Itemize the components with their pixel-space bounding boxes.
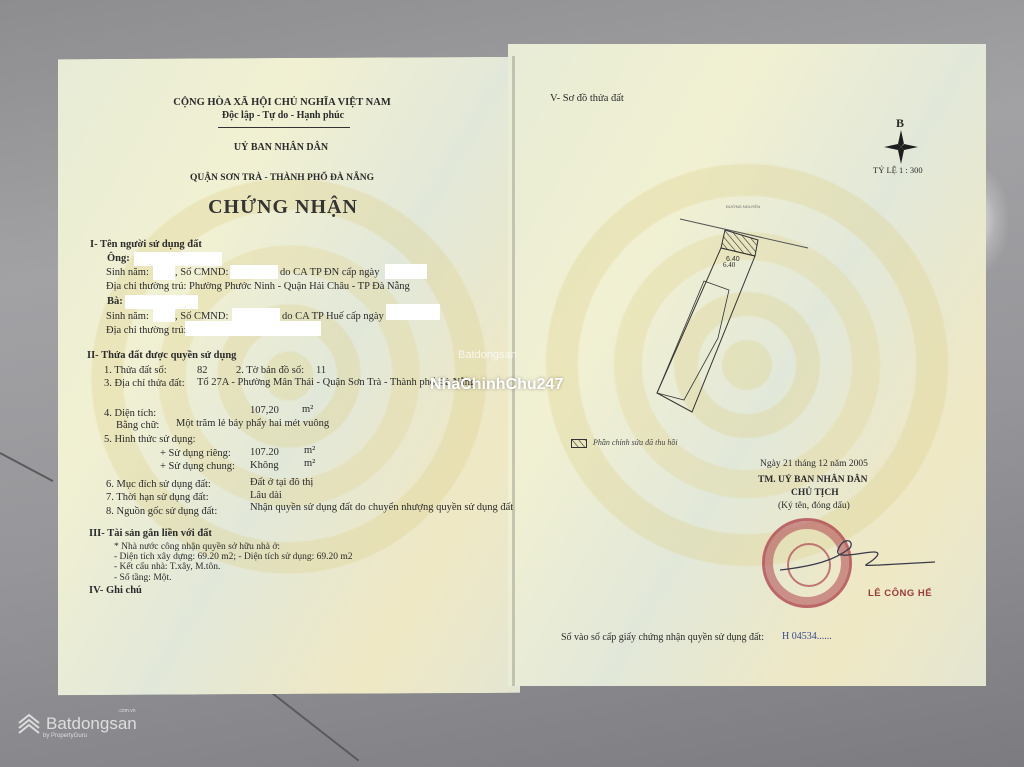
section1-heading: I- Tên người sử dụng đất [90, 239, 202, 250]
parcel-address-label: 3. Địa chỉ thửa đất: [104, 378, 185, 389]
owner-mrs-label: Bà: [107, 296, 123, 307]
owner-mr-birth-label: Sinh năm: [106, 267, 149, 278]
signer-name: LÊ CÔNG HẾ [868, 588, 932, 599]
brand-tag: .com.vn [118, 708, 136, 714]
signer-organization: TM. UỶ BAN NHÂN DÂN [758, 475, 868, 485]
signer-title: CHỦ TỊCH [791, 488, 839, 498]
redacted-owner-name [134, 252, 222, 266]
origin-value: Nhận quyền sử dụng đất do chuyển nhượng … [250, 502, 513, 513]
owner-mr-label: Ông: [107, 253, 130, 264]
country-name: CỘNG HÒA XÃ HỘI CHỦ NGHĨA VIỆT NAM [173, 97, 391, 108]
owner-mr-id-label: , Số CMND: [175, 267, 228, 278]
asset-line: - Số tầng: Một. [114, 573, 172, 583]
owner-mrs-birth-label: Sinh năm: [106, 311, 149, 322]
issue-date: Ngày 21 tháng 12 năm 2005 [760, 459, 868, 469]
national-motto: Độc lập - Tự do - Hạnh phúc [222, 110, 344, 121]
section5-heading: V- Sơ đồ thửa đất [550, 93, 624, 104]
issuing-authority: UỶ BAN NHÂN DÂN [234, 142, 328, 153]
issuing-district: QUẬN SƠN TRÀ - THÀNH PHỐ ĐÀ NẴNG [190, 173, 374, 183]
batdongsan-brand: Batdongsan .com.vn by PropertyGuru [17, 713, 137, 735]
redacted-birth-year [153, 308, 175, 322]
batdongsan-watermark: Batdongsan [458, 349, 517, 361]
map-sheet-number: 11 [316, 365, 326, 376]
certificate-title: CHỨNG NHẬN [208, 196, 358, 219]
redacted-id-number [230, 265, 278, 279]
private-use-label: + Sử dụng riêng: [160, 448, 231, 459]
batdongsan-logo-icon [17, 713, 41, 735]
north-label: B [896, 116, 904, 131]
asset-line: * Nhà nước công nhận quyền sở hữu nhà ở: [114, 542, 280, 552]
signature [775, 536, 940, 576]
purpose-value: Đất ở tại đô thị [250, 477, 313, 488]
north-arrow-icon [884, 130, 918, 164]
owner-mr-address: Địa chỉ thường trú: Phường Phước Ninh - … [106, 281, 410, 292]
private-use-value: 107.20 [250, 447, 279, 458]
shared-use-unit: m² [304, 458, 315, 469]
area-label: 4. Diện tích: [104, 408, 156, 419]
brand-name: Batdongsan [46, 714, 137, 734]
register-number: H 04534...... [782, 631, 832, 642]
redacted-address [185, 321, 321, 336]
hatch-legend-text: Phần chỉnh sửa đã thu hồi [593, 438, 678, 447]
asset-line: - Diện tích xây dựng: 69.20 m2; - Diện t… [114, 552, 353, 562]
term-value: Lâu dài [250, 490, 282, 501]
map-scale: TỶ LỆ 1 : 300 [873, 165, 923, 175]
svg-text:ĐƯỜNG NGUYỄN: ĐƯỜNG NGUYỄN [726, 204, 760, 209]
redacted-issue-date [385, 264, 427, 279]
brand-subtitle: by PropertyGuru [43, 733, 87, 739]
redacted-owner-name [125, 295, 198, 309]
shared-use-value: Không [250, 460, 279, 471]
asset-line: - Kết cấu nhà: T.xây, M.tôn. [114, 562, 220, 572]
owner-mr-issued: do CA TP ĐN cấp ngày [280, 267, 379, 278]
origin-label: 8. Nguồn gốc sử dụng đất: [106, 506, 217, 517]
motto-underline [218, 127, 350, 128]
parcel-sketch: 6.40 ĐƯỜNG NGUYỄN [640, 200, 810, 420]
parcel-number: 82 [197, 365, 208, 376]
parcel-number-label: 1. Thửa đất số: [104, 365, 167, 376]
signer-note: (Ký tên, đóng dấu) [778, 501, 850, 511]
area-words: Một trăm lẻ bảy phẩy hai mét vuông [176, 418, 329, 429]
area-value: 107,20 [250, 405, 279, 416]
area-unit: m² [302, 404, 313, 415]
page-fold [512, 56, 515, 686]
section3-heading: III- Tài sản gắn liền với đất [89, 528, 212, 539]
private-use-unit: m² [304, 445, 315, 456]
plot-dimension-label: 6.40 [723, 261, 735, 269]
redacted-issue-date [386, 304, 440, 320]
section4-heading: IV- Ghi chú [89, 585, 142, 596]
map-sheet-label: 2. Tờ bản đồ số: [236, 365, 304, 376]
section2-heading: II- Thửa đất được quyền sử dụng [87, 350, 236, 361]
owner-mrs-address-label: Địa chỉ thường trú: [106, 325, 186, 336]
hatch-legend-icon [571, 439, 587, 448]
redacted-id-number [232, 308, 280, 322]
area-words-label: Bằng chữ: [116, 420, 159, 431]
shared-use-label: + Sử dụng chung: [160, 461, 235, 472]
term-label: 7. Thời hạn sử dụng đất: [106, 492, 209, 503]
usage-form-label: 5. Hình thức sử dụng: [104, 434, 196, 445]
register-label: Số vào sổ cấp giấy chứng nhận quyền sử d… [561, 632, 764, 643]
purpose-label: 6. Mục đích sử dụng đất: [106, 479, 211, 490]
nhachinhchu-watermark: NhaChinhChu247 [430, 376, 563, 394]
redacted-birth-year [153, 266, 175, 280]
